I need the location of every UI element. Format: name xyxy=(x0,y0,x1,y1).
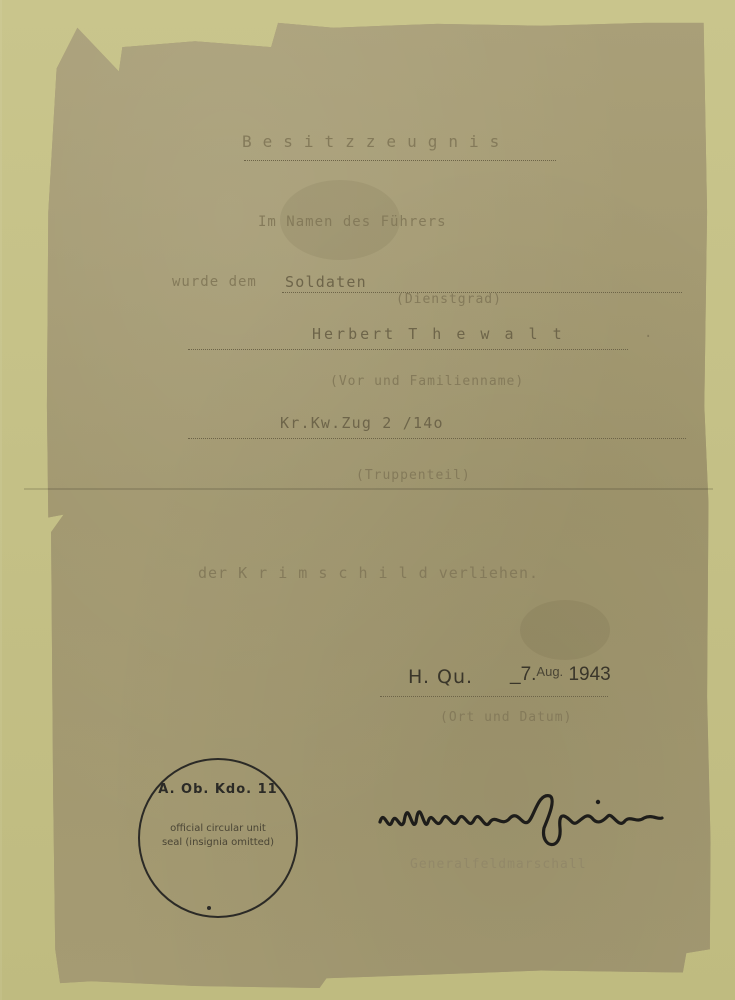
seal-text: A. Ob. Kdo. 11 xyxy=(140,782,296,797)
date-stamp: _7.Aug. 1943 xyxy=(510,664,611,686)
unit-label: (Truppenteil) xyxy=(356,468,471,483)
seal-description: official circular unit seal (insignia om… xyxy=(160,822,276,849)
name-label: (Vor und Familienname) xyxy=(330,374,524,389)
unit-value: Kr.Kw.Zug 2 /14o xyxy=(280,414,444,432)
preamble-text: Im Namen des Führers xyxy=(258,214,447,230)
rank-label: (Dienstgrad) xyxy=(396,292,502,307)
document-title: Besitzzeugnis xyxy=(242,132,510,151)
name-underline xyxy=(188,349,628,350)
name-value: Herbert T h e w a l t xyxy=(312,325,565,343)
paper-fold-crease xyxy=(24,488,713,490)
title-underline xyxy=(244,160,556,161)
official-seal: A. Ob. Kdo. 11 official circular unit se… xyxy=(138,758,298,918)
handwritten-signature xyxy=(372,788,672,858)
award-line: der K r i m s c h i l d verliehen. xyxy=(198,564,539,582)
date-year: 1943 xyxy=(568,664,610,685)
place-stamp: H. Qu. xyxy=(408,666,473,688)
paper-stain xyxy=(520,600,610,660)
name-trailing-mark: . xyxy=(644,325,653,341)
date-month: Aug. xyxy=(536,664,563,679)
place-date-underline xyxy=(380,696,608,697)
place-date-label: (Ort und Datum) xyxy=(440,710,572,725)
date-day: _7. xyxy=(510,664,536,685)
awarded-to-prefix: wurde dem xyxy=(172,274,257,290)
unit-underline xyxy=(188,438,686,439)
signatory-role: Generalfeldmarschall xyxy=(410,857,587,872)
seal-dot xyxy=(207,906,211,910)
rank-value: Soldaten xyxy=(285,273,367,291)
